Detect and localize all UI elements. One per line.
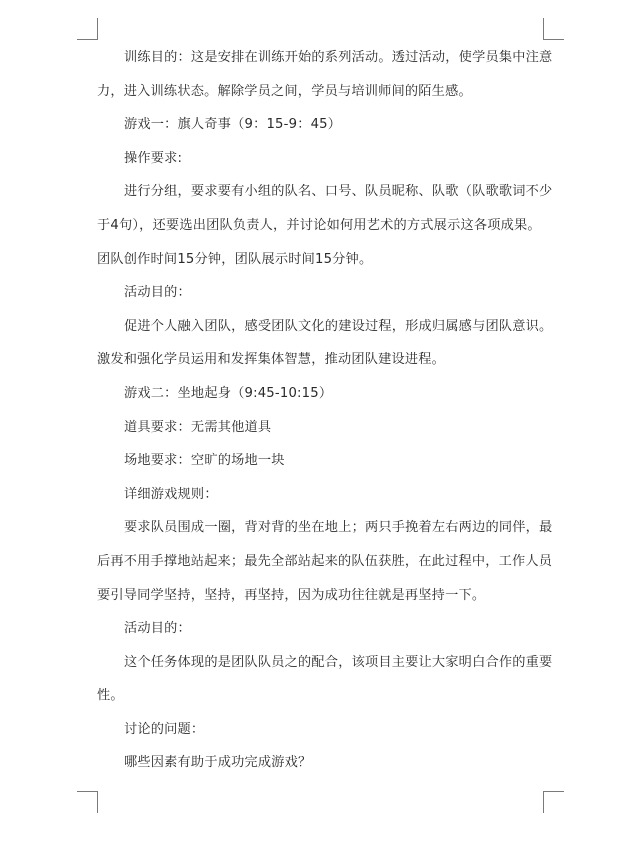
paragraph-operation: 进行分组，要求要有小组的队名、口号、队员昵称、队歌（队歌歌词不少: [97, 178, 543, 212]
margin-corner-mark-bottom-left: [77, 791, 98, 813]
heading-game-one: 游戏一：旗人奇事（9：15-9：45）: [97, 111, 543, 145]
paragraph-activity-purpose-1: 促进个人融入团队，感受团队文化的建设过程，形成归属感与团队意识。: [97, 313, 543, 347]
paragraph-game-rules-cont: 后再不用手撑地站起来；最先全部站起来的队伍获胜，在此过程中，工作人员: [97, 548, 543, 582]
heading-game-rules: 详细游戏规则：: [97, 481, 543, 515]
margin-corner-mark-top-right: [543, 18, 564, 40]
paragraph-operation-time: 团队创作时间15分钟，团队展示时间15分钟。: [97, 246, 543, 280]
margin-corner-mark-top-left: [77, 18, 98, 40]
document-page: 训练目的：这是安排在训练开始的系列活动。透过活动，使学员集中注意 力，进入训练状…: [0, 0, 640, 845]
margin-corner-mark-bottom-right: [543, 791, 564, 813]
paragraph-game-rules-cont-2: 要引导同学坚持，坚持，再坚持，因为成功往往就是再坚持一下。: [97, 582, 543, 616]
paragraph-training-purpose: 训练目的：这是安排在训练开始的系列活动。透过活动，使学员集中注意: [97, 44, 543, 78]
heading-game-two: 游戏二：坐地起身（9:45-10:15）: [97, 380, 543, 414]
document-body: 训练目的：这是安排在训练开始的系列活动。透过活动，使学员集中注意 力，进入训练状…: [97, 44, 543, 783]
heading-activity-purpose-1: 活动目的：: [97, 279, 543, 313]
paragraph-activity-purpose-1-cont: 激发和强化学员运用和发挥集体智慧，推动团队建设进程。: [97, 346, 543, 380]
paragraph-activity-purpose-2-cont: 性。: [97, 682, 543, 716]
paragraph-activity-purpose-2: 这个任务体现的是团队队员之的配合，该项目主要让大家明白合作的重要: [97, 649, 543, 683]
discussion-question: 哪些因素有助于成功完成游戏？: [97, 749, 543, 783]
paragraph-operation-cont: 于4句），还要选出团队负责人，并讨论如何用艺术的方式展示这各项成果。: [97, 212, 543, 246]
props-requirement: 道具要求：无需其他道具: [97, 414, 543, 448]
paragraph-game-rules: 要求队员围成一圈，背对背的坐在地上；两只手挽着左右两边的同伴，最: [97, 514, 543, 548]
heading-discussion-questions: 讨论的问题：: [97, 716, 543, 750]
paragraph-training-purpose-cont: 力，进入训练状态。解除学员之间，学员与培训师间的陌生感。: [97, 78, 543, 112]
heading-activity-purpose-2: 活动目的：: [97, 615, 543, 649]
venue-requirement: 场地要求：空旷的场地一块: [97, 447, 543, 481]
heading-operation-requirements: 操作要求:: [97, 145, 543, 179]
